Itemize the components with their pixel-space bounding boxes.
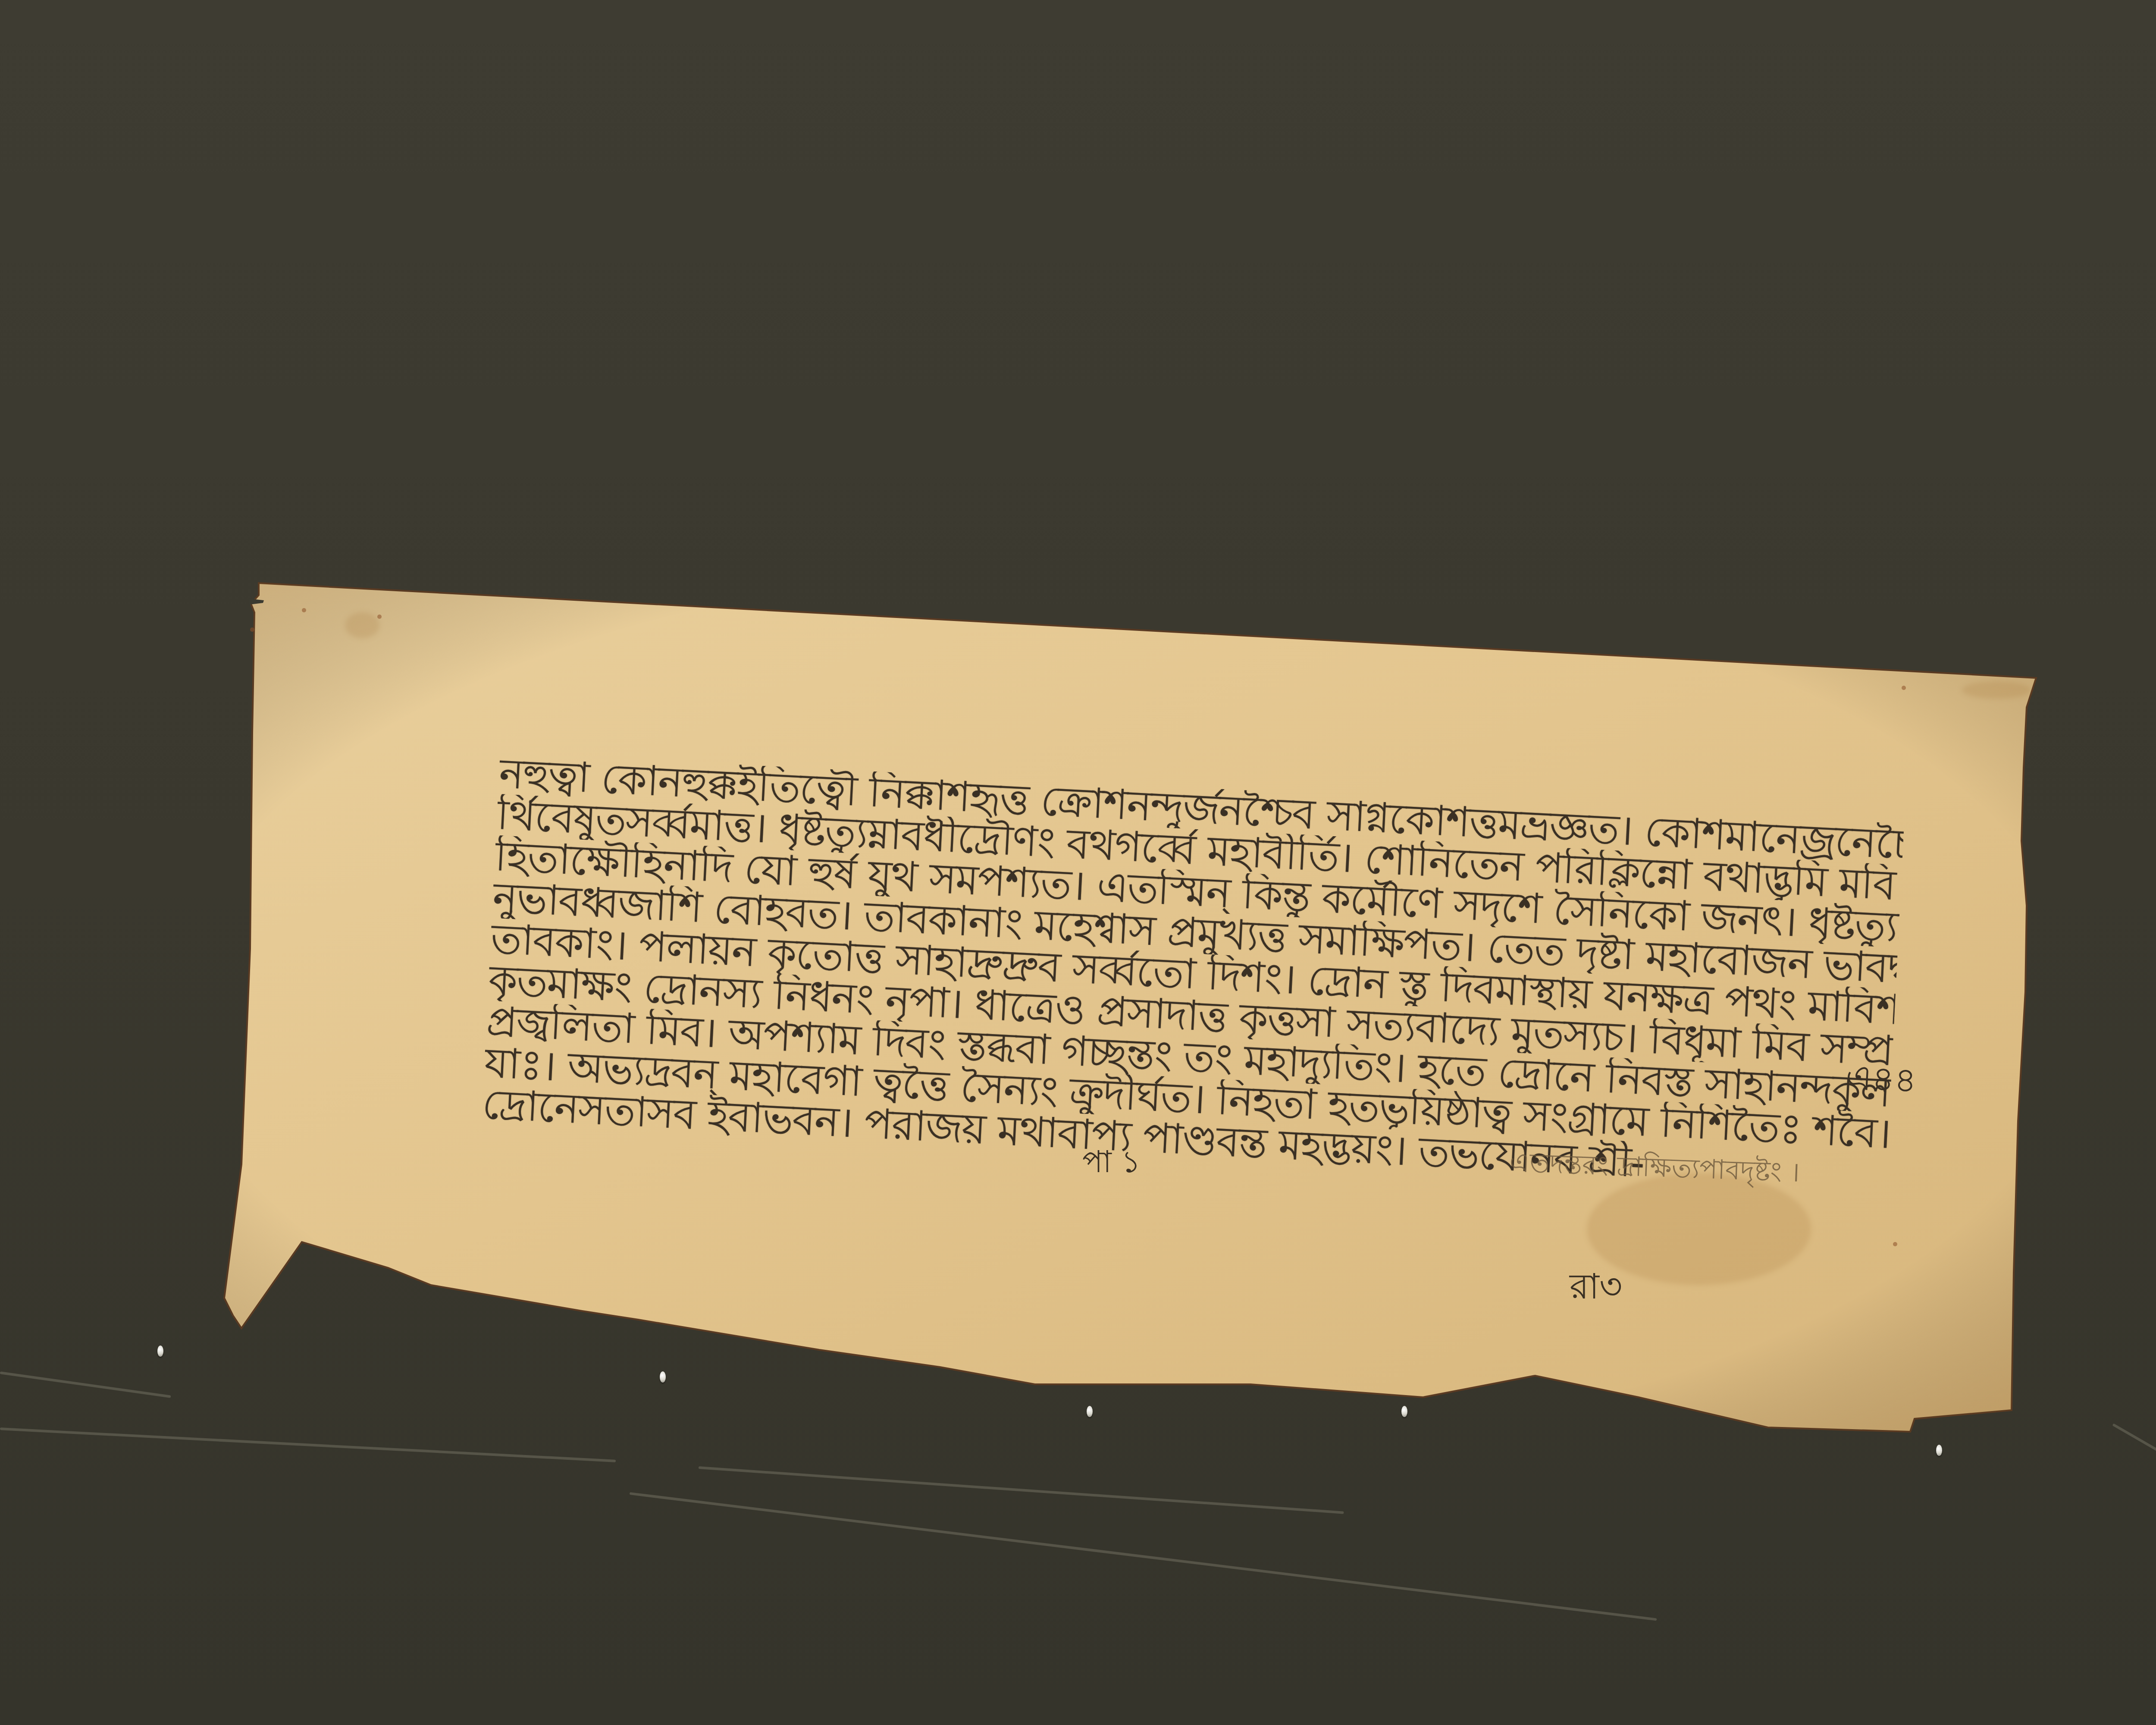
- folio-mark-bottom: রা৩: [1570, 1259, 1622, 1318]
- water-stain: [345, 612, 379, 638]
- foxing-spot: [1893, 1242, 1897, 1246]
- foxing-spot: [302, 608, 306, 612]
- folio-mark-left: পা ১: [1082, 1138, 1141, 1189]
- mounting-pin: [1401, 1406, 1407, 1417]
- water-stain: [1962, 681, 2031, 699]
- foxing-spot: [377, 615, 382, 619]
- manuscript-folio: নহুত্বা কোনহুক্কইতিত্বৌ নিক্কাশহৃত্ত ক্র…: [0, 0, 2156, 1725]
- foxing-spot: [1902, 686, 1906, 690]
- foxing-spot: [250, 627, 254, 632]
- mounting-pin: [1936, 1445, 1942, 1456]
- mounting-pin: [660, 1371, 666, 1383]
- mounting-pin: [1087, 1406, 1093, 1417]
- manuscript-text-block: নহুত্বা কোনহুক্কইতিত্বৌ নিক্কাশহৃত্ত ক্র…: [481, 753, 1904, 1196]
- mounting-pin: [157, 1345, 163, 1357]
- margin-note-right: এ৪৪: [1844, 1051, 1918, 1112]
